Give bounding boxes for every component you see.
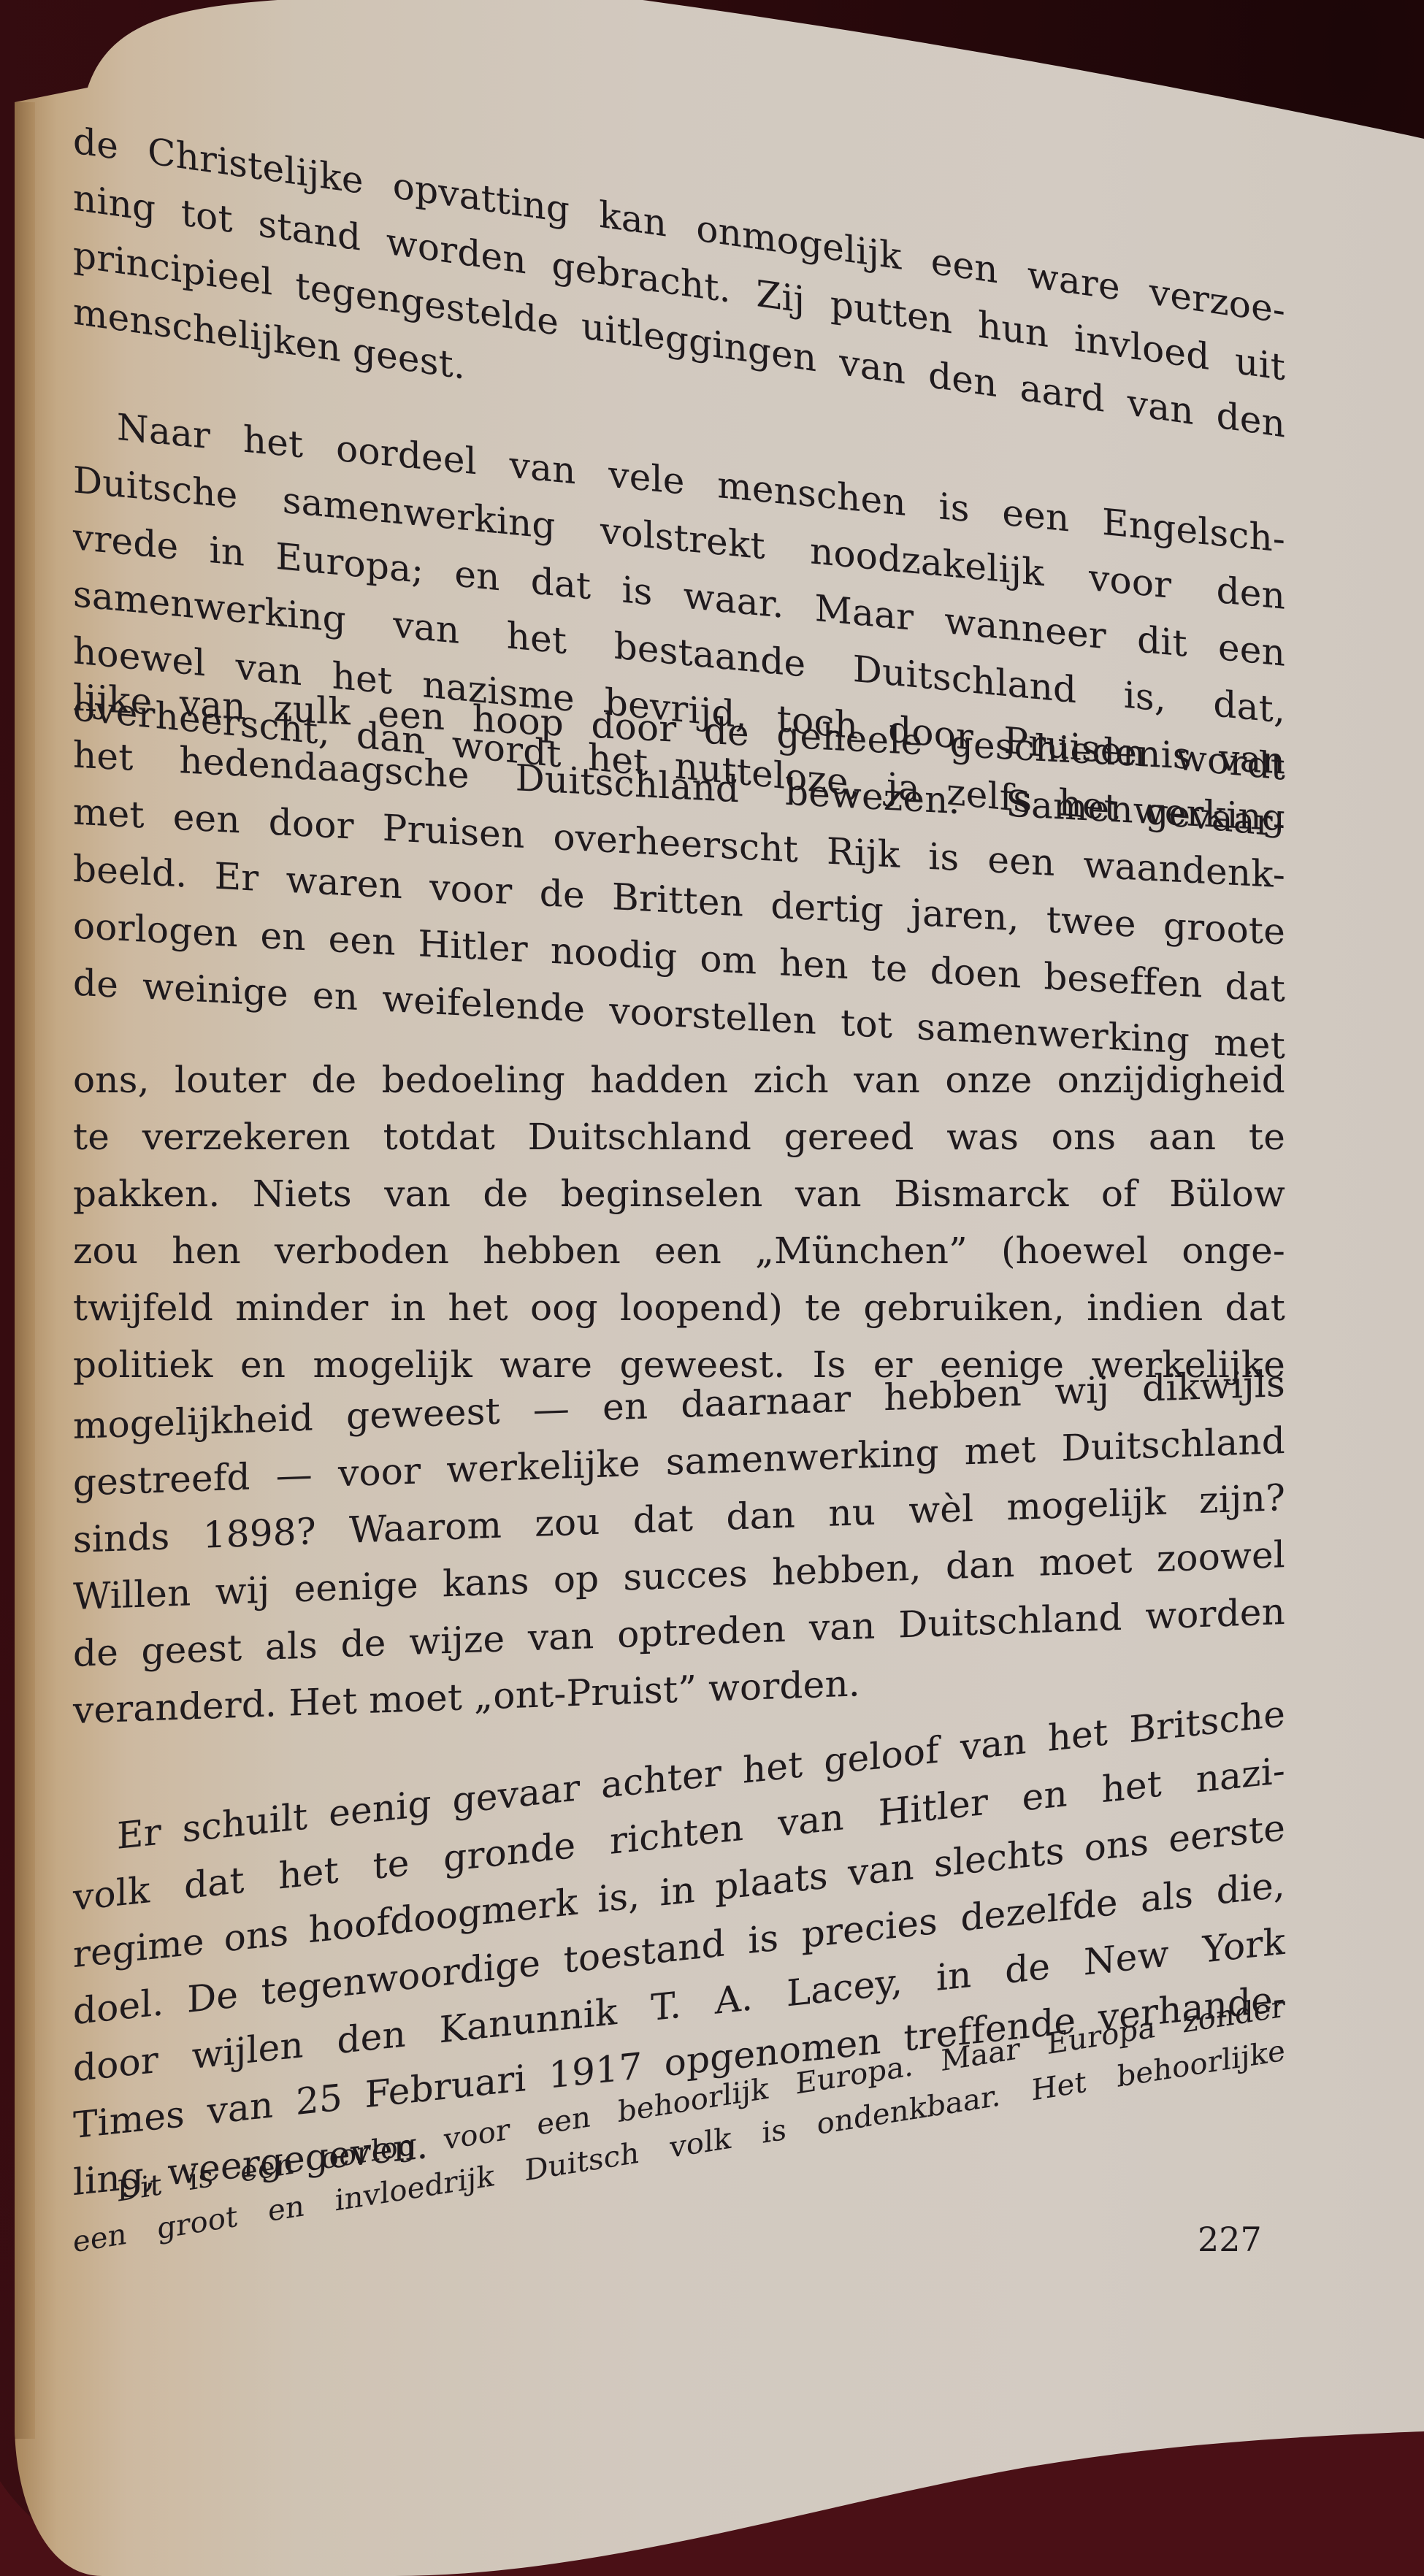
paragraph-2-continued: ons, louter de bedoeling hadden zich van… — [73, 1051, 1285, 1393]
text-line: te verzekeren totdat Duitschland gereed … — [73, 1108, 1285, 1165]
text-line: pakken. Niets van de beginselen van Bism… — [73, 1165, 1285, 1222]
text-line: twijfeld minder in het oog loopend) te g… — [73, 1279, 1285, 1336]
paragraph-2-continued: lijke van zulk een hoop door de geheele … — [73, 670, 1285, 1075]
text-line: zou hen verboden hebben een „München” (h… — [73, 1222, 1285, 1279]
book-page: de Christelijke opvatting kan onmogelijk… — [15, 0, 1424, 2576]
text-line: ons, louter de bedoeling hadden zich van… — [73, 1051, 1285, 1108]
paragraph-2-continued: mogelijkheid geweest — en daarnaar hebbe… — [73, 1355, 1285, 1739]
page-gutter-shadow — [15, 102, 35, 2439]
page-number: 227 — [1198, 2220, 1262, 2259]
